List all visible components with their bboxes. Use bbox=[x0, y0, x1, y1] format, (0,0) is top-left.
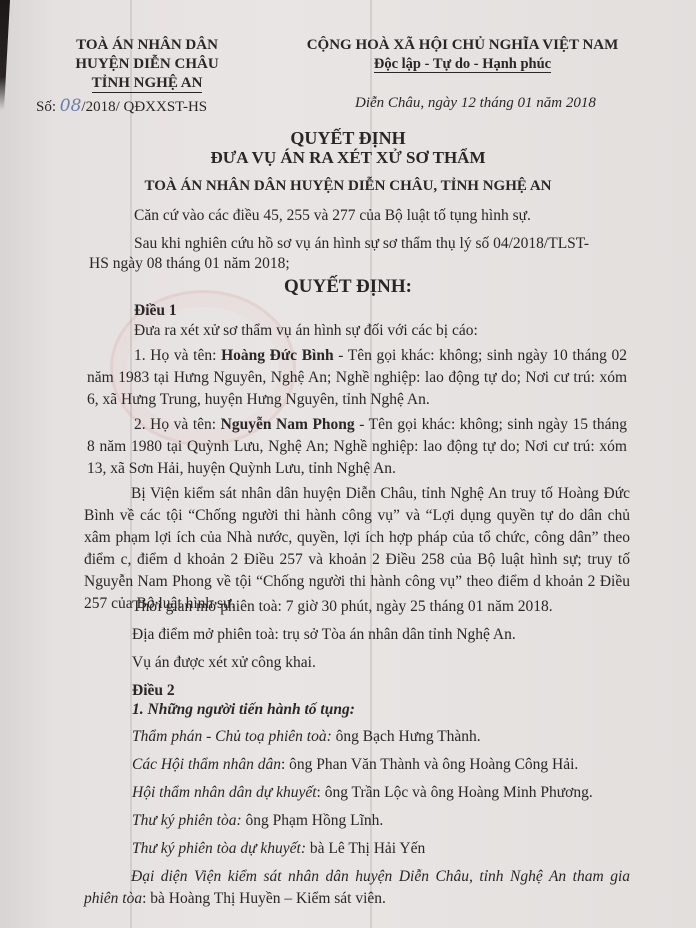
role-label: Thư ký phiên tòa: bbox=[132, 812, 242, 829]
national-header: CỘNG HOÀ XÃ HỘI CHỦ NGHĨA VIỆT NAM Độc l… bbox=[300, 36, 625, 74]
trial-location: Địa điểm mở phiên toà: trụ sở Tòa án nhâ… bbox=[132, 624, 516, 645]
role-presiding-judge: Thẩm phán - Chủ toạ phiên toà: ông Bạch … bbox=[132, 726, 481, 747]
number-label: Số: bbox=[36, 99, 56, 115]
role-label: Hội thẩm nhân dân dự khuyết bbox=[132, 784, 317, 801]
page-edge-shadow bbox=[0, 0, 10, 110]
decision-heading: QUYẾT ĐỊNH: bbox=[0, 276, 696, 298]
role-person: : ông Phan Văn Thành và ông Hoàng Công H… bbox=[281, 756, 578, 773]
role-person: bà Lê Thị Hải Yến bbox=[306, 840, 425, 857]
trial-public: Vụ án được xét xử công khai. bbox=[132, 652, 316, 673]
trial-time: Thời gian mở phiên toà: 7 giờ 30 phút, n… bbox=[132, 596, 553, 617]
role-clerk: Thư ký phiên tòa: ông Phạm Hồng Lĩnh. bbox=[132, 810, 383, 831]
role-prosecutor: Đại diện Viện kiểm sát nhân dân huyện Di… bbox=[84, 866, 630, 910]
defendant-2: 2. Họ và tên: Nguyễn Nam Phong - Tên gọi… bbox=[87, 414, 627, 480]
role-person: : bà Hoàng Thị Huyền – Kiểm sát viên. bbox=[142, 890, 386, 907]
court-name-line3: TỈNH NGHỆ AN bbox=[92, 75, 203, 93]
article1-heading: Điều 1 bbox=[134, 300, 177, 321]
issuing-court: TOÀ ÁN NHÂN DÂN HUYỆN DIỄN CHÂU, TỈNH NG… bbox=[0, 178, 696, 195]
national-motto: Độc lập - Tự do - Hạnh phúc bbox=[374, 56, 551, 73]
preamble-study-line2: HS ngày 08 tháng 01 năm 2018; bbox=[89, 253, 290, 274]
defendant-label: 1. Họ và tên: bbox=[134, 347, 221, 364]
article1-intro: Đưa ra xét xử sơ thẩm vụ án hình sự đối … bbox=[134, 320, 478, 341]
court-name-line2: HUYỆN DIỄN CHÂU bbox=[62, 55, 232, 74]
role-label: Các Hội thẩm nhân dân bbox=[132, 756, 281, 773]
national-name: CỘNG HOÀ XÃ HỘI CHỦ NGHĨA VIỆT NAM bbox=[300, 36, 625, 55]
place-date: Diễn Châu, ngày 12 tháng 01 năm 2018 bbox=[355, 95, 596, 112]
role-people-assessors: Các Hội thẩm nhân dân: ông Phan Văn Thàn… bbox=[132, 754, 578, 775]
preamble-basis: Căn cứ vào các điều 45, 255 và 277 của B… bbox=[134, 205, 531, 226]
article2-subheading: 1. Những người tiến hành tố tụng: bbox=[132, 699, 355, 720]
doc-title: QUYẾT ĐỊNH bbox=[0, 128, 696, 149]
role-person: ông Bạch Hưng Thành. bbox=[332, 728, 481, 745]
article2-heading: Điều 2 bbox=[132, 680, 175, 701]
number-suffix: /2018/ QĐXXST-HS bbox=[81, 99, 207, 115]
role-label: Thư ký phiên tòa dự khuyết: bbox=[132, 840, 306, 857]
defendant-1: 1. Họ và tên: Hoàng Đức Bình - Tên gọi k… bbox=[87, 345, 627, 411]
preamble-study-line1: Sau khi nghiên cứu hồ sơ vụ án hình sự s… bbox=[134, 233, 589, 254]
role-reserve-assessors: Hội thẩm nhân dân dự khuyết: ông Trần Lộ… bbox=[132, 782, 593, 803]
court-name-line1: TOÀ ÁN NHÂN DÂN bbox=[62, 36, 232, 55]
document-number: Số: 08/2018/ QĐXXST-HS bbox=[36, 96, 207, 116]
defendant-label: 2. Họ và tên: bbox=[134, 416, 221, 433]
role-person: : ông Trần Lộc và ông Hoàng Minh Phương. bbox=[317, 784, 593, 801]
defendant-name: Hoàng Đức Bình bbox=[221, 347, 334, 364]
role-reserve-clerk: Thư ký phiên tòa dự khuyết: bà Lê Thị Hả… bbox=[132, 838, 425, 859]
defendant-name: Nguyễn Nam Phong bbox=[221, 416, 355, 433]
doc-subtitle: ĐƯA VỤ ÁN RA XÉT XỬ SƠ THẨM bbox=[0, 148, 696, 168]
role-label: Thẩm phán - Chủ toạ phiên toà: bbox=[132, 728, 332, 745]
handwritten-number: 08 bbox=[60, 96, 82, 116]
court-header: TOÀ ÁN NHÂN DÂN HUYỆN DIỄN CHÂU TỈNH NGH… bbox=[62, 36, 232, 93]
role-person: ông Phạm Hồng Lĩnh. bbox=[242, 812, 384, 829]
